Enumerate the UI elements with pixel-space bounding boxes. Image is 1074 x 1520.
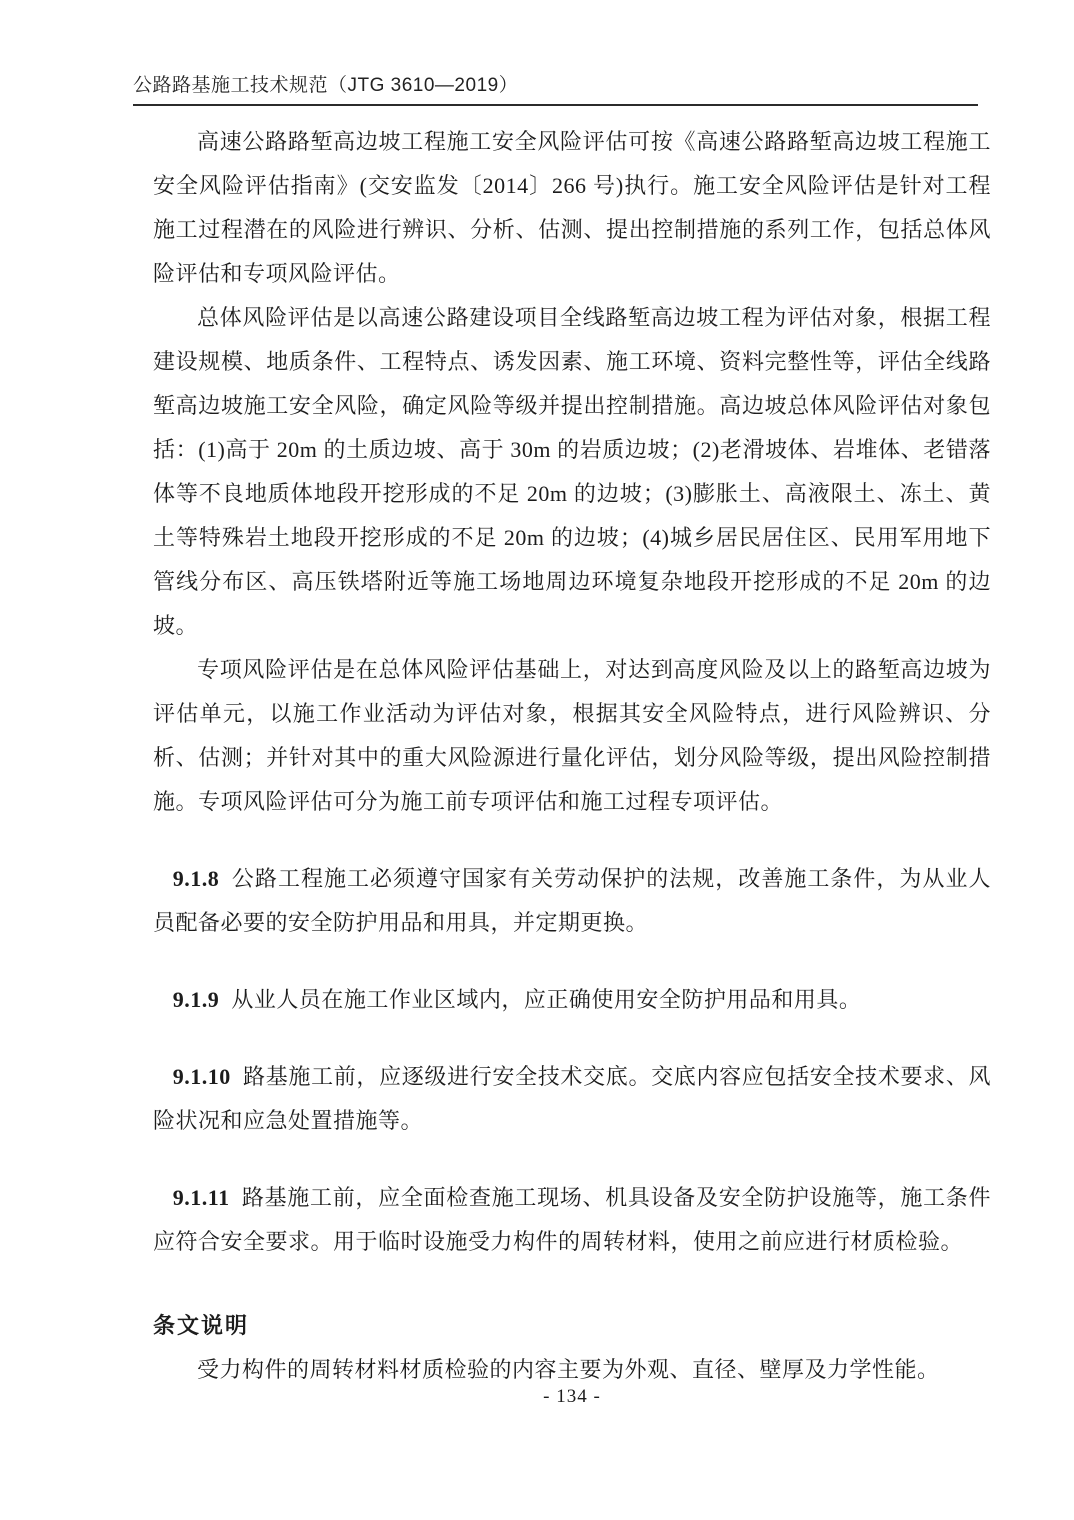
clause-number: 9.1.11 [173, 1185, 230, 1210]
clause-number: 9.1.10 [173, 1064, 231, 1089]
clause-text: 路基施工前，应逐级进行安全技术交底。交底内容应包括安全技术要求、风险状况和应急处… [153, 1064, 991, 1133]
page-footer: - 134 - [153, 1386, 991, 1408]
page-body: 高速公路路堑高边坡工程施工安全风险评估可按《高速公路路堑高边坡工程施工安全风险评… [153, 120, 991, 1392]
clause-9-1-8: 9.1.8公路工程施工必须遵守国家有关劳动保护的法规，改善施工条件，为从业人员配… [153, 857, 991, 945]
clause-text: 公路工程施工必须遵守国家有关劳动保护的法规，改善施工条件，为从业人员配备必要的安… [153, 866, 991, 935]
document-title: 公路路基施工技术规范（JTG 3610—2019） [133, 70, 978, 104]
header-rule [133, 104, 978, 106]
commentary-heading: 条文说明 [153, 1304, 991, 1348]
clause-text: 路基施工前，应全面检查施工现场、机具设备及安全防护设施等，施工条件应符合安全要求… [153, 1185, 991, 1254]
page-header: 公路路基施工技术规范（JTG 3610—2019） [133, 70, 978, 106]
clause-number: 9.1.8 [173, 866, 220, 891]
body-paragraph-2: 总体风险评估是以高速公路建设项目全线路堑高边坡工程为评估对象，根据工程建设规模、… [153, 296, 991, 648]
body-paragraph-3: 专项风险评估是在总体风险评估基础上，对达到高度风险及以上的路堑高边坡为评估单元，… [153, 648, 991, 824]
clause-text: 从业人员在施工作业区域内，应正确使用安全防护用品和用具。 [231, 987, 861, 1012]
page-number: - 134 - [543, 1386, 601, 1407]
clause-number: 9.1.9 [173, 987, 220, 1012]
body-paragraph-1: 高速公路路堑高边坡工程施工安全风险评估可按《高速公路路堑高边坡工程施工安全风险评… [153, 120, 991, 296]
document-page: 公路路基施工技术规范（JTG 3610—2019） 高速公路路堑高边坡工程施工安… [0, 0, 1074, 1520]
clause-9-1-9: 9.1.9从业人员在施工作业区域内，应正确使用安全防护用品和用具。 [153, 978, 991, 1022]
clause-9-1-11: 9.1.11路基施工前，应全面检查施工现场、机具设备及安全防护设施等，施工条件应… [153, 1176, 991, 1264]
clause-9-1-10: 9.1.10路基施工前，应逐级进行安全技术交底。交底内容应包括安全技术要求、风险… [153, 1055, 991, 1143]
